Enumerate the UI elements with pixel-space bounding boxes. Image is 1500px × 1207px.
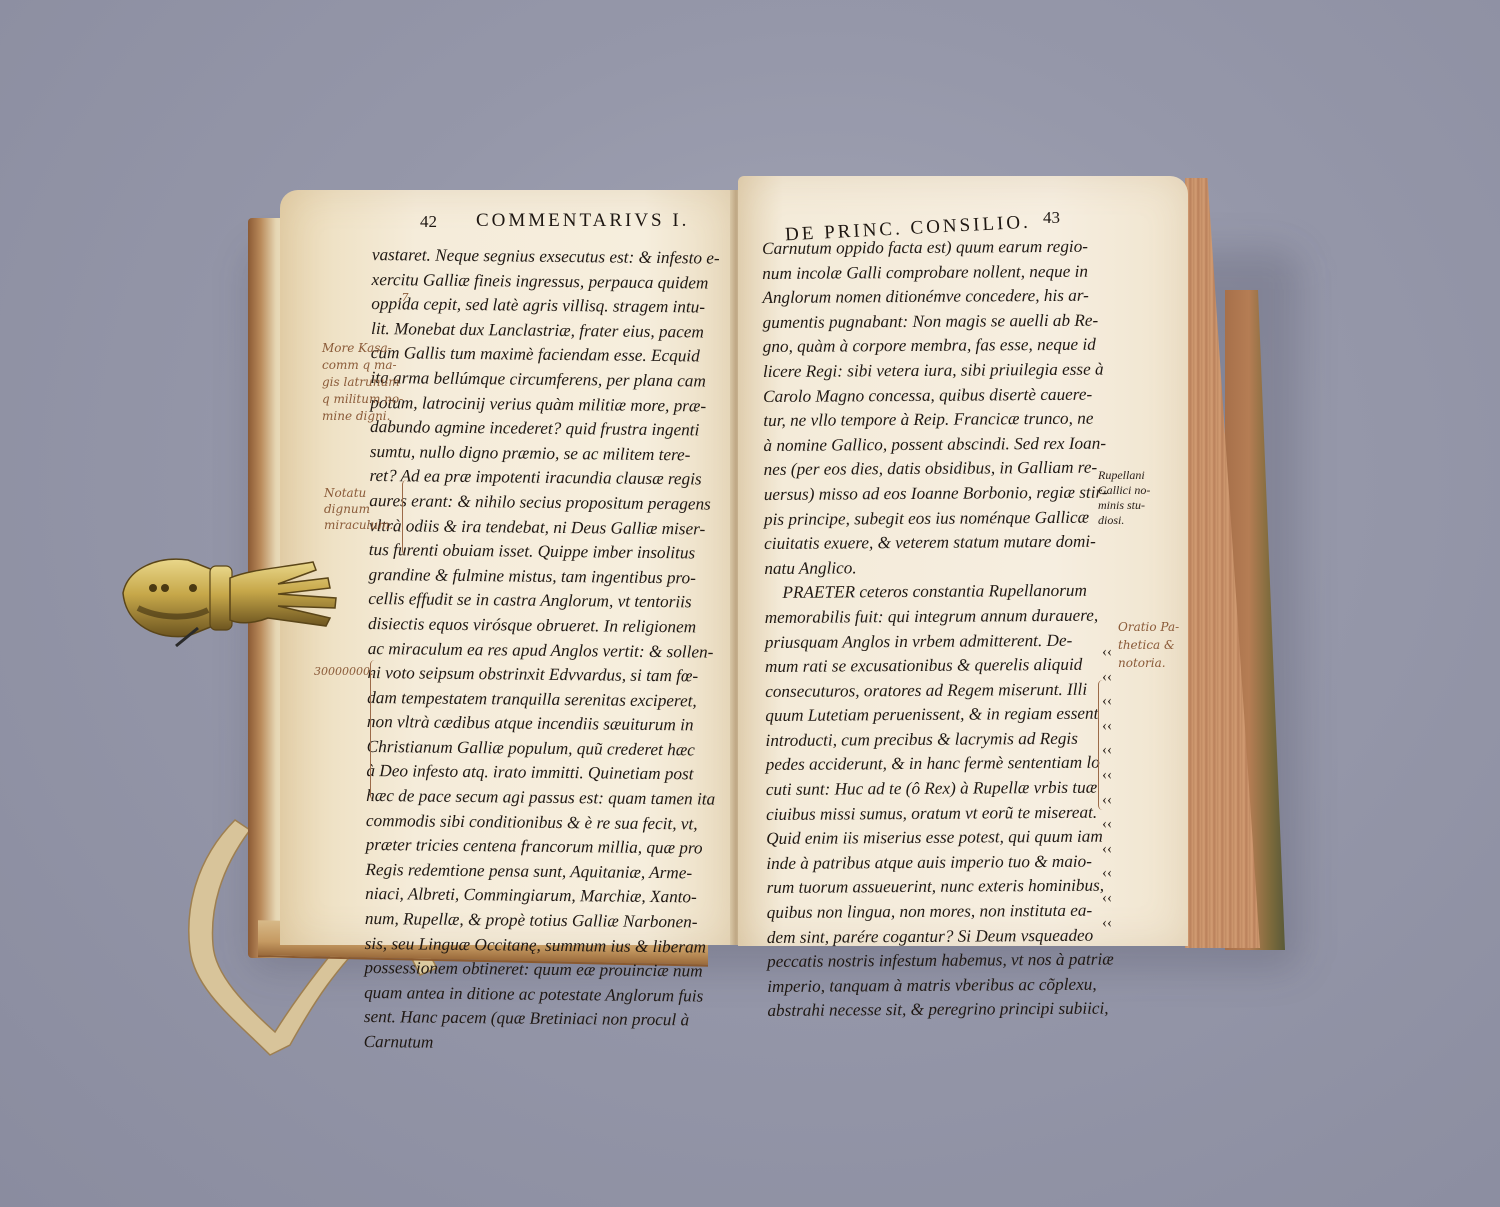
text-line: peccatis nostris infestum habemus, vt no… <box>767 948 1112 975</box>
text-line: cellis effudit se in castra Anglorum, vt… <box>368 587 724 615</box>
quote-mark: ‹‹ <box>1102 837 1112 862</box>
marginal-note-number: 30000000. <box>314 664 374 679</box>
text-line: lit. Monebat dux Lanclastriæ, frater eiu… <box>371 317 727 345</box>
text-line: num, Rupellæ, & propè totius Galliæ Narb… <box>365 907 721 935</box>
text-line: licere Regi: sibi vetera iura, sibi priu… <box>763 358 1108 385</box>
text-line: possessionem obtineret: quum eæ prouinci… <box>364 956 720 984</box>
text-line: memorabilis fuit: qui integrum annum dur… <box>765 603 1110 630</box>
text-line: uersus) misso ad eos Ioanne Borbonio, re… <box>764 481 1109 508</box>
text-line: Christianum Galliæ populum, quũ crederet… <box>367 735 723 763</box>
marginal-mark: .7 <box>398 290 409 305</box>
text-line: hæc de pace secum agi passus est: quam t… <box>366 784 722 812</box>
text-line: introducti, cum precibus & lacrymis ad R… <box>765 726 1110 753</box>
text-line: sis, seu Linguæ Occitanę, summum ius & l… <box>365 932 721 960</box>
text-line: sent. Hanc pacem (quæ Bretiniaci non pro… <box>364 1005 720 1033</box>
text-line: ac miraculum ea res apud Anglos vertit: … <box>368 636 724 664</box>
quote-mark: ‹‹ <box>1102 886 1112 911</box>
sidenote-line: Rupellani <box>1098 468 1150 483</box>
quote-mark: ‹‹ <box>1102 812 1112 837</box>
marginal-brace <box>402 480 411 555</box>
text-line: commodis sibi conditionibus & è re sua f… <box>366 809 722 837</box>
photo-scene: 42 COMMENTARIVS I. vastaret. Neque segni… <box>0 0 1500 1207</box>
text-line: xercitu Galliæ fineis ingressus, perpauc… <box>371 268 727 296</box>
text-line: cum Gallis tum maximè faciendam esse. Ec… <box>371 341 727 369</box>
text-line: mum rati se excusationibus & querelis al… <box>765 653 1110 680</box>
text-line: quam antea in ditione ac potestate Anglo… <box>364 981 720 1009</box>
marginal-brace <box>370 660 379 800</box>
text-line: Carolo Magno concessa, quibus disertè ca… <box>763 382 1108 409</box>
marginal-note-notatu-dignum: Notatu dignum miraculum. <box>324 485 396 533</box>
text-line: pedes acciderunt, & in hanc fermè senten… <box>766 751 1111 778</box>
text-line: rum tuorum assueuerint, nunc exteris hom… <box>766 874 1111 901</box>
text-line: tus furenti obuiam isset. Quippe imber i… <box>369 538 725 566</box>
sidenote-line: diosi. <box>1098 513 1150 528</box>
sidenote-line: minis stu- <box>1098 498 1150 513</box>
text-line: quibus non lingua, non mores, non instit… <box>767 899 1112 926</box>
text-line: vastaret. Neque segnius exsecutus est: &… <box>372 243 728 271</box>
text-line: pis principe, subegit eos ius noménque G… <box>764 505 1109 532</box>
text-line: niaci, Albreti, Commingiarum, Marchiæ, X… <box>365 882 721 910</box>
text-line: priusquam Anglos in vrbem admitterent. D… <box>765 628 1110 655</box>
sidenote-line: Gallici no- <box>1098 483 1150 498</box>
text-line: inde à patribus atque auis imperio tuo &… <box>766 849 1111 876</box>
text-line: num incolæ Galli comprobare nollent, neq… <box>762 259 1107 286</box>
text-line: natu Anglico. <box>764 554 1109 581</box>
text-line: à nomine Gallico, possent abscindi. Sed … <box>763 431 1108 458</box>
text-line: ciuitatis exuere, & veterem statum mutar… <box>764 530 1109 557</box>
text-line: cuti sunt: Huc ad te (ô Rex) à Rupellæ v… <box>766 776 1111 803</box>
text-line: ita arma bellúmque circumferens, per pla… <box>370 366 726 394</box>
left-folio: 42 <box>420 212 437 232</box>
text-line: grandine & fulmine mistus, tam ingentibu… <box>368 563 724 591</box>
catchword: Carnutum <box>364 1030 720 1058</box>
text-line: PRAETER ceteros constantia Rupellanorum <box>764 579 1109 606</box>
text-line: ret? Ad ea præ impotenti iracundia claus… <box>369 464 725 492</box>
brass-hand-clip-icon <box>118 548 343 648</box>
text-line: gumentis pugnabant: Non magis se auelli … <box>763 308 1108 335</box>
text-line: quum Lutetiam peruenissent, & in regiam … <box>765 702 1110 729</box>
left-running-head: COMMENTARIVS I. <box>476 210 689 232</box>
right-folio: 43 <box>1043 208 1060 228</box>
text-line: oppida cepit, sed latè agris villisq. st… <box>371 292 727 320</box>
text-line: Quid enim iis miserius esse potest, qui … <box>766 825 1111 852</box>
marginal-note-more-kasa: More Kasa- comm q ma- gis latrunum q mil… <box>322 340 404 425</box>
text-line: consecuturos, oratores ad Regem miserunt… <box>765 677 1110 704</box>
text-line: ni voto seipsum obstrinxit Edvvardus, si… <box>367 661 723 689</box>
marginal-brace <box>1098 680 1107 810</box>
text-line: à Deo infesto atq. irato immitti. Quinet… <box>366 759 722 787</box>
text-line: sumtu, nullo digno præmio, se ac militem… <box>370 440 726 468</box>
text-line: tur, ne vllo tempore à Reip. Francicæ tr… <box>763 407 1108 434</box>
text-line: Carnutum oppido facta est) quum earum re… <box>762 235 1107 262</box>
printed-sidenote: Rupellani Gallici no- minis stu- diosi. <box>1098 468 1150 528</box>
text-line: gno, quàm à corpore membra, fas esse, ne… <box>763 333 1108 360</box>
text-line: abstrahi necesse sit, & peregrino princi… <box>767 997 1112 1024</box>
text-line: nes (per eos dies, datis obsidibus, in G… <box>764 456 1109 483</box>
text-line: potum, latrocinij verius quàm militiæ mo… <box>370 391 726 419</box>
text-line: dabundo agmine incederet? quid frustra i… <box>370 415 726 443</box>
text-line: aures erant: & nihilo secius propositum … <box>369 489 725 517</box>
text-line: imperio, tanquam à matris vberibus ac cõ… <box>767 972 1112 999</box>
right-page-text: Carnutum oppido facta est) quum earum re… <box>762 235 1112 1024</box>
left-page-text: vastaret. Neque segnius exsecutus est: &… <box>364 243 728 1058</box>
text-line: non vltrà cædibus atque incendiis sæuitu… <box>367 710 723 738</box>
text-line: dam tempestatem tranquilla serenitas exc… <box>367 686 723 714</box>
text-line: Anglorum nomen ditionémve concedere, his… <box>762 284 1107 311</box>
quote-mark: ‹‹ <box>1102 861 1112 886</box>
text-line: dem sint, parére cogantur? Si Deum vsque… <box>767 923 1112 950</box>
quote-mark: ‹‹ <box>1102 640 1112 665</box>
text-line: vltrà odiis & ira tendebat, ni Deus Gall… <box>369 514 725 542</box>
quote-mark: ‹‹ <box>1102 911 1112 936</box>
text-line: præter tricies centena francorum millia,… <box>366 833 722 861</box>
text-line: ciuibus missi sumus, oratum vt eorũ te m… <box>766 800 1111 827</box>
text-line: Regis redemtione pensa sunt, Aquitaniæ, … <box>365 858 721 886</box>
text-line: disiectis equos virósque obrueret. In re… <box>368 612 724 640</box>
marginal-note-oratio: Oratio Pa- thetica & notoria. <box>1118 618 1198 672</box>
